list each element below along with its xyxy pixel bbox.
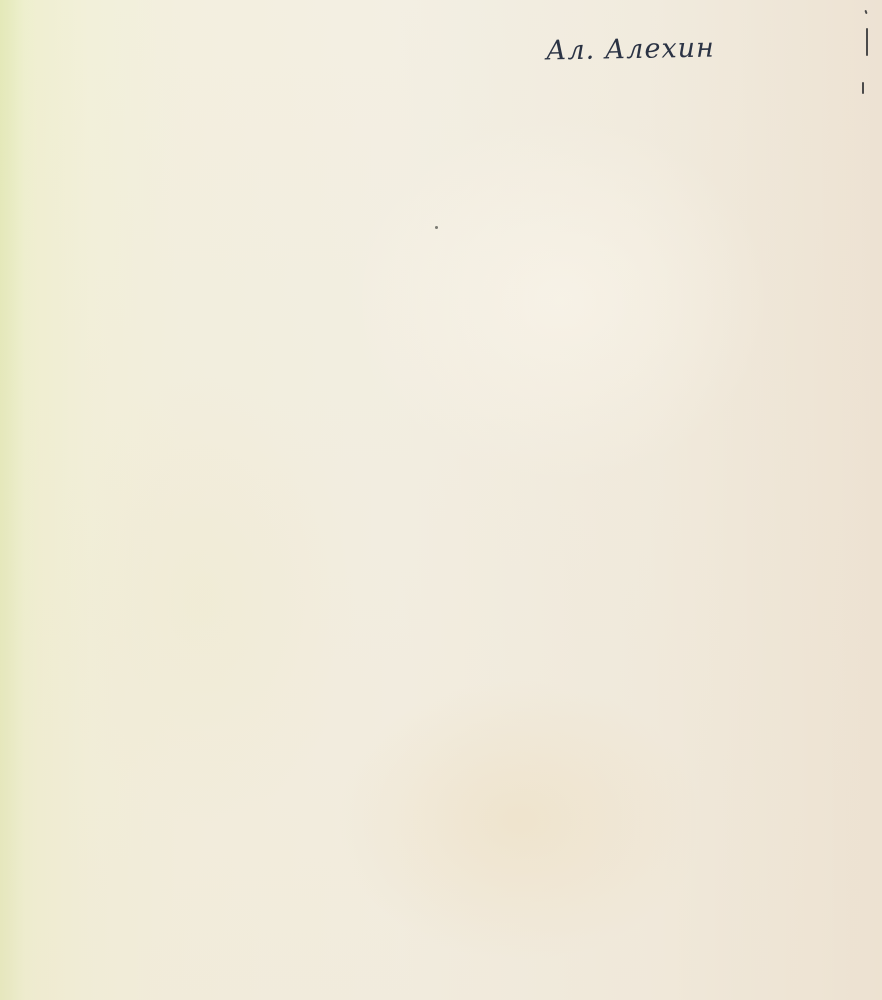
edge-mark	[864, 10, 867, 14]
handwritten-inscription: Ал. Алехин	[546, 33, 715, 67]
edge-mark	[862, 82, 864, 94]
paper-page: Ал. Алехин	[0, 0, 882, 1000]
paper-speck	[435, 226, 438, 229]
edge-mark	[866, 28, 868, 56]
